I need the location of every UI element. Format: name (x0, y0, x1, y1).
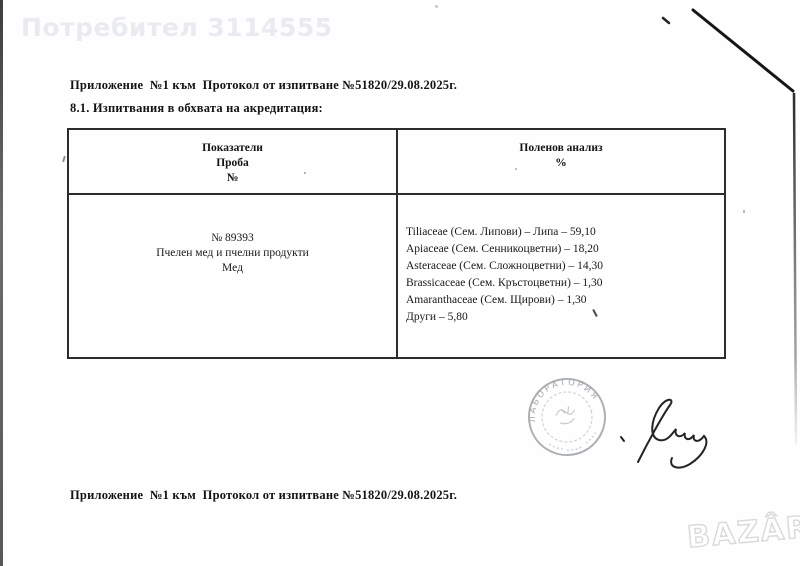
page-fold-line-icon (655, 0, 800, 460)
scan-speck (515, 168, 517, 170)
bazar-logo-watermark: BAZÂR (686, 510, 800, 556)
sample-number: № 89393 (69, 231, 396, 246)
table-header-indicators: Показатели Проба № (69, 130, 398, 195)
user-watermark: Потребител 3114555 (21, 13, 333, 42)
sample-name: Мед (69, 261, 396, 276)
document-header-line: Приложение №1 към Протокол от изпитване … (70, 78, 457, 93)
scan-speck (62, 156, 66, 162)
svg-text:ЛАБОРАТОРИЯ: ЛАБОРАТОРИЯ (520, 370, 603, 425)
header-line: Проба (69, 156, 396, 171)
scan-speck (743, 210, 745, 213)
page-fold (655, 0, 800, 465)
sample-category: Пчелен мед и пчелни продукти (69, 246, 396, 261)
header-line: Показатели (69, 141, 396, 156)
document-footer-line: Приложение №1 към Протокол от изпитване … (70, 488, 457, 503)
scan-edge-left (0, 0, 3, 566)
section-heading: 8.1. Изпитвания в обхвата на акредитация… (70, 101, 323, 116)
header-line: № (69, 171, 396, 186)
scanned-document-page: Потребител 3114555 Приложение №1 към Про… (0, 0, 800, 566)
sample-cell: № 89393 Пчелен мед и пчелни продукти Мед (69, 195, 398, 357)
scan-speck (435, 5, 438, 8)
results-table: Показатели Проба № Поленов анализ % № 89… (67, 128, 726, 359)
scan-speck (304, 172, 306, 174)
stamp-arc-text: ЛАБОРАТОРИЯ (520, 370, 603, 425)
